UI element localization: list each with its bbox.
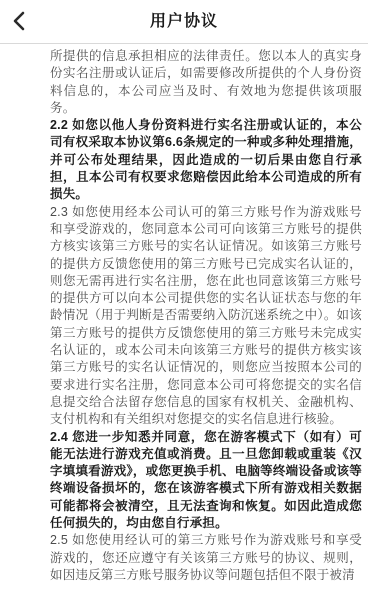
agreement-paragraph: 所提供的信息承担相应的法律责任。您以本人的真实身份实名注册或认证后，如需要修改所… — [50, 48, 362, 117]
agreement-content[interactable]: 所提供的信息承担相应的法律责任。您以本人的真实身份实名注册或认证后，如需要修改所… — [0, 44, 368, 584]
user-agreement-screen: 用户协议 所提供的信息承担相应的法律责任。您以本人的真实身份实名注册或认证后，如… — [0, 0, 368, 590]
back-button[interactable] — [2, 4, 36, 38]
agreement-paragraph-2-2: 2.2 如您以他人身份资料进行实名注册或认证的，本公司有权采取本协议第6.6条规… — [50, 117, 362, 203]
chevron-left-icon — [11, 11, 27, 31]
agreement-paragraph-2-3: 2.3 如您使用经本公司认可的第三方账号作为游戏账号和享受游戏的，您同意本公司可… — [50, 204, 362, 429]
page-title: 用户协议 — [150, 0, 218, 43]
navbar: 用户协议 — [0, 0, 368, 44]
agreement-paragraph-2-4: 2.4 您进一步知悉并同意，您在游客模式下（如有）可能无法进行游戏充值或消费。且… — [50, 429, 362, 533]
agreement-paragraph-2-5: 2.5 如您使用经认可的第三方账号作为游戏账号和享受游戏的，您还应遵守有关该第三… — [50, 532, 362, 584]
